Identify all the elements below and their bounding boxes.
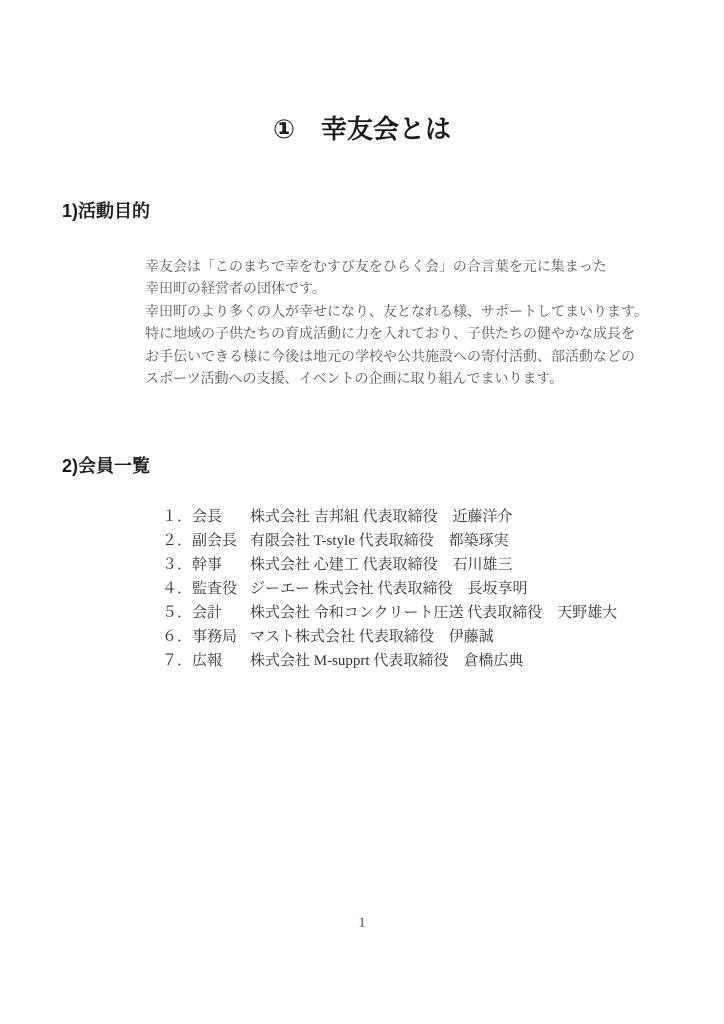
member-role: ４．監査役 [162,577,250,601]
member-detail: 株式会社 心建工 代表取締役 石川雄三 [250,557,513,573]
member-row: ６．事務局マスト株式会社 代表取締役 伊藤誠 [162,625,682,649]
member-role: １．会長 [162,505,250,529]
page-title: ① 幸友会とは [0,113,724,146]
member-role: ６．事務局 [162,625,250,649]
purpose-line: スポーツ活動への支援、イベントの企画に取り組んでまいります。 [145,367,665,389]
member-row: ２．副会長有限会社 T-style 代表取締役 都築琢実 [162,529,682,553]
document-page: ① 幸友会とは 1)活動目的 幸友会は「このまちで幸をむすび友をひらく会」の合言… [0,0,724,1024]
member-row: ３．幹事株式会社 心建工 代表取締役 石川雄三 [162,553,682,577]
members-list: １．会長株式会社 吉邦組 代表取締役 近藤洋介 ２．副会長有限会社 T-styl… [162,505,682,673]
member-role: ７．広報 [162,649,250,673]
member-detail: 株式会社 吉邦組 代表取締役 近藤洋介 [250,509,513,525]
purpose-line: 幸田町のより多くの人が幸せになり、友となれる様、サポートしてまいります。 [145,300,665,322]
page-number: 1 [0,915,724,932]
purpose-line: お手伝いできる様に今後は地元の学校や公共施設への寄付活動、部活動などの [145,345,665,367]
member-detail: 株式会社 令和コンクリート圧送 代表取締役 天野雄大 [250,605,617,621]
purpose-line: 特に地域の子供たちの育成活動に力を入れており、子供たちの健やかな成長を [145,322,665,344]
member-detail: ジーエー 株式会社 代表取締役 長坂享明 [250,581,528,597]
purpose-line: 幸田町の経営者の団体です。 [145,277,665,299]
purpose-paragraph: 幸友会は「このまちで幸をむすび友をひらく会」の合言葉を元に集まった 幸田町の経営… [145,255,665,389]
member-detail: 株式会社 M-supprt 代表取締役 倉橋広典 [250,653,523,669]
member-row: ５．会計株式会社 令和コンクリート圧送 代表取締役 天野雄大 [162,601,682,625]
member-role: ５．会計 [162,601,250,625]
member-detail: 有限会社 T-style 代表取締役 都築琢実 [250,533,509,549]
member-row: １．会長株式会社 吉邦組 代表取締役 近藤洋介 [162,505,682,529]
section-heading-members: 2)会員一覧 [62,455,150,478]
member-row: ７．広報株式会社 M-supprt 代表取締役 倉橋広典 [162,649,682,673]
member-row: ４．監査役ジーエー 株式会社 代表取締役 長坂享明 [162,577,682,601]
member-role: ２．副会長 [162,529,250,553]
member-role: ３．幹事 [162,553,250,577]
purpose-line: 幸友会は「このまちで幸をむすび友をひらく会」の合言葉を元に集まった [145,255,665,277]
member-detail: マスト株式会社 代表取締役 伊藤誠 [250,629,494,645]
section-heading-purpose: 1)活動目的 [62,200,150,223]
